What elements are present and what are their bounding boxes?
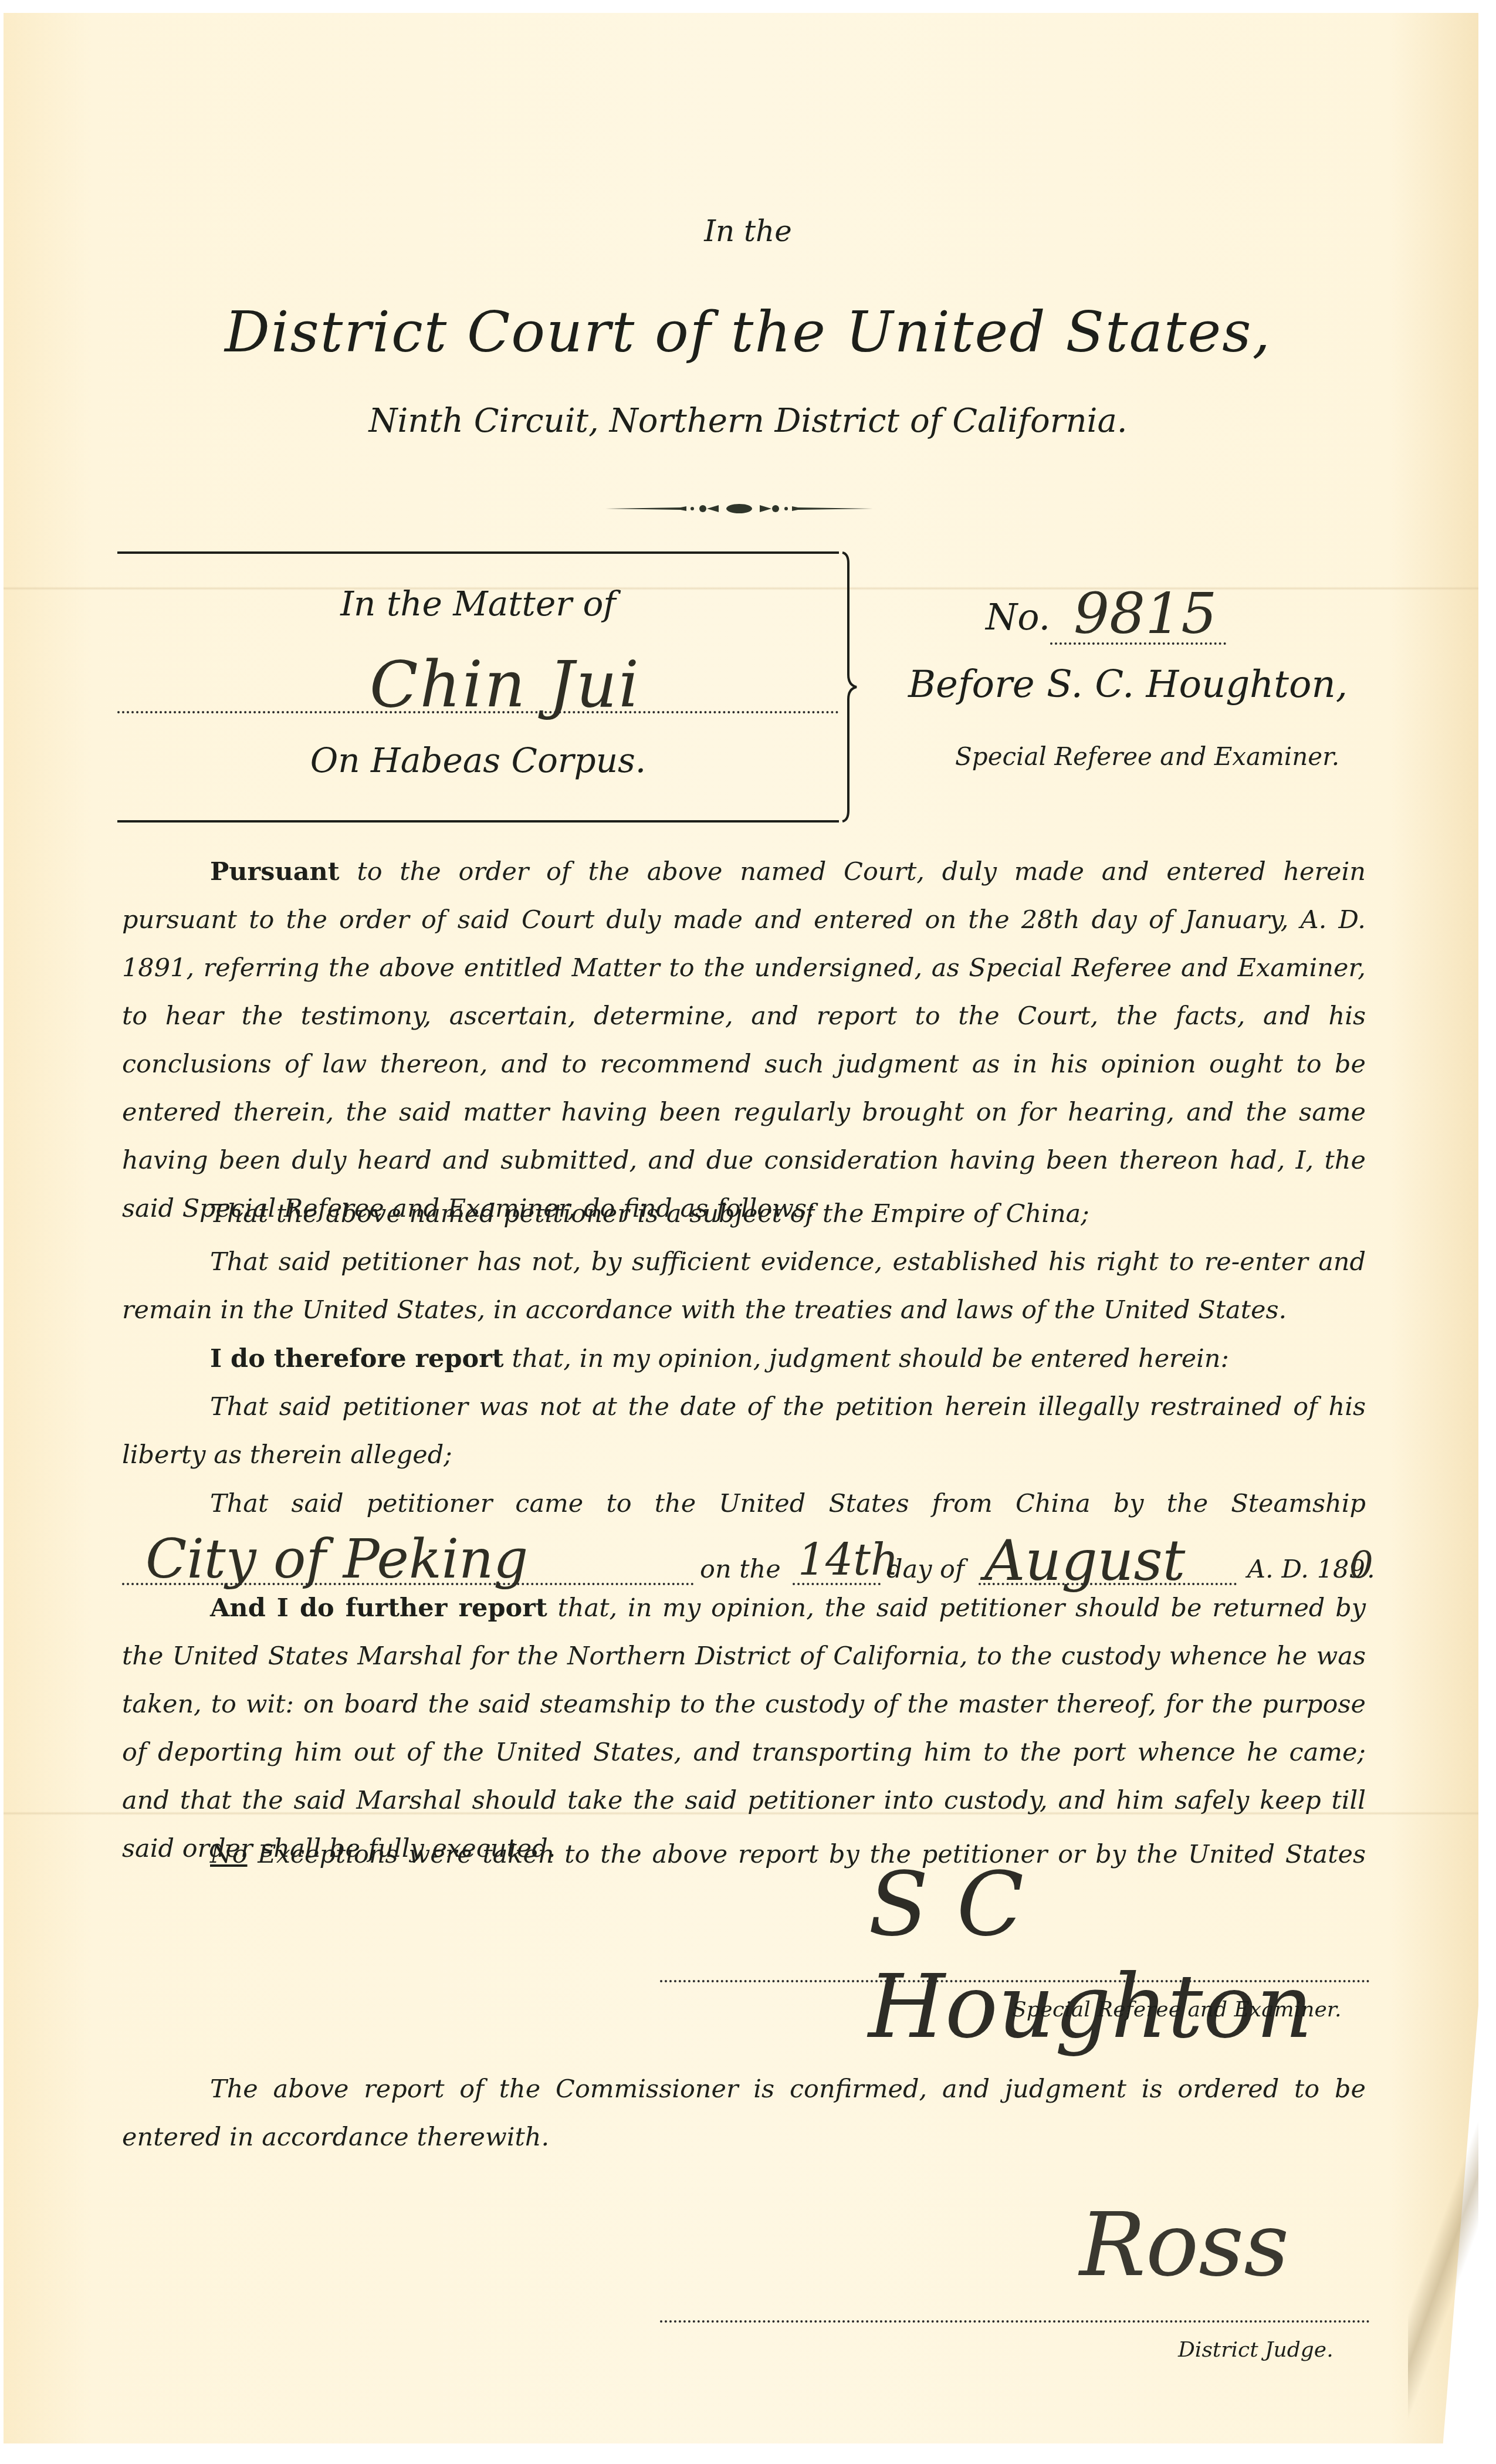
on-the-label: on the xyxy=(700,1555,781,1584)
case-number-label: No. xyxy=(986,595,1050,638)
in-the-matter-of-label: In the Matter of xyxy=(117,584,839,624)
brace-icon xyxy=(840,551,864,823)
paragraph-further-report: And I do further report that, in my opin… xyxy=(122,1584,1366,1873)
finding-no-right-to-reenter: That said petitioner has not, by suffici… xyxy=(122,1238,1366,1334)
referee-signature[interactable]: S C Houghton xyxy=(868,1854,1496,2058)
finding-subject-of-china: That the above named petitioner is a sub… xyxy=(122,1190,1366,1238)
therefore-report-lead: I do therefore report xyxy=(210,1344,504,1373)
judge-signature-title: District Judge. xyxy=(1178,2338,1333,2362)
header-in-the: In the xyxy=(0,214,1496,248)
therefore-report-text: that, in my opinion, judgment should be … xyxy=(504,1344,1229,1373)
petitioner-name-line xyxy=(117,711,839,713)
no-exceptions-handwritten: No xyxy=(210,1840,248,1869)
ornament-divider-icon xyxy=(604,500,874,517)
arrival-day[interactable]: 14th xyxy=(798,1535,899,1585)
finding-not-restrained: That said petitioner was not at the date… xyxy=(122,1383,1366,1479)
year-period: . xyxy=(1367,1555,1375,1584)
further-report-text: that, in my opinion, the said petitioner… xyxy=(122,1593,1366,1863)
case-caption: In the Matter of Chin Jui On Habeas Corp… xyxy=(117,551,839,823)
year-prefix: A. D. 189 xyxy=(1247,1555,1365,1584)
case-number[interactable]: 9815 xyxy=(1074,581,1217,647)
referee-title: Special Referee and Examiner. xyxy=(955,742,1339,771)
pursuant-text: to the order of the above named Court, d… xyxy=(122,857,1366,1223)
pursuant-lead: Pursuant xyxy=(210,857,340,886)
caption-top-rule xyxy=(117,551,839,554)
paragraph-therefore-report: I do therefore report that, in my opinio… xyxy=(122,1335,1366,1383)
further-report-lead: And I do further report xyxy=(210,1593,547,1623)
habeas-corpus-label: On Habeas Corpus. xyxy=(117,740,839,780)
judge-confirmation: The above report of the Commissioner is … xyxy=(122,2065,1366,2161)
caption-bottom-rule xyxy=(117,820,839,823)
steamship-name[interactable]: City of Peking xyxy=(145,1528,528,1590)
referee-signature-title: Special Referee and Examiner. xyxy=(1012,1998,1341,2022)
paragraph-pursuant: Pursuant to the order of the above named… xyxy=(122,848,1366,1233)
judge-signature-line xyxy=(660,2320,1370,2323)
day-of-label: day of xyxy=(886,1555,964,1584)
court-title: District Court of the United States, xyxy=(0,299,1496,365)
before-referee: Before S. C. Houghton, xyxy=(908,663,1348,706)
circuit-subtitle: Ninth Circuit, Northern District of Cali… xyxy=(0,402,1496,440)
referee-signature-line xyxy=(660,1980,1370,1982)
finding-came-by-steamship: That said petitioner came to the United … xyxy=(122,1480,1366,1528)
judge-signature[interactable]: Ross xyxy=(1079,2194,1289,2296)
